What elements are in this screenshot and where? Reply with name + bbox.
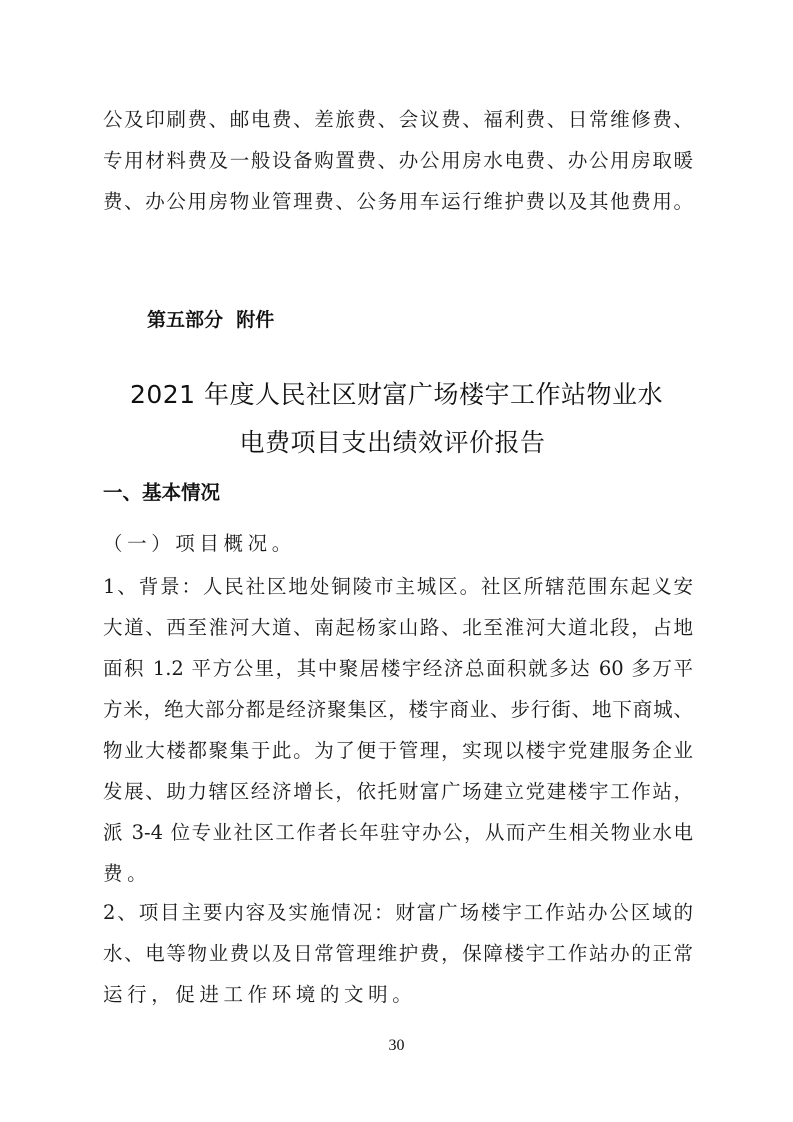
- body-text-line: 派 3-4 位专业社区工作者长年驻守办公，从而产生相关物业水电: [103, 821, 693, 845]
- report-title-line-2: 电费项目支出绩效评价报告: [0, 428, 789, 458]
- body-text-line: 运行，促进工作环境的文明。: [103, 983, 693, 1007]
- section-label: 第五部分 附件: [147, 308, 274, 332]
- page-number: 30: [0, 1036, 793, 1056]
- document-page: 公及印刷费、邮电费、差旅费、会议费、福利费、日常维修费、 专用材料费及一般设备购…: [0, 0, 793, 1122]
- body-text-line: 2、项目主要内容及实施情况：财富广场楼宇工作站办公区域的: [103, 901, 693, 925]
- body-text-line: 费、办公用房物业管理费、公务用车运行维护费以及其他费用。: [103, 190, 693, 214]
- body-text-line: 面积 1.2 平方公里，其中聚居楼宇经济总面积就多达 60 多万平: [103, 657, 693, 681]
- body-text-line: 专用材料费及一般设备购置费、办公用房水电费、办公用房取暖: [103, 149, 693, 173]
- heading-project-overview: （一）项目概况。: [103, 532, 296, 556]
- report-title-line-1: 2021 年度人民社区财富广场楼宇工作站物业水: [0, 380, 793, 410]
- body-text-line: 公及印刷费、邮电费、差旅费、会议费、福利费、日常维修费、: [103, 108, 693, 132]
- body-text-line: 物业大楼都聚集于此。为了便于管理，实现以楼宇党建服务企业: [103, 739, 693, 763]
- body-text-line: 方米，绝大部分都是经济聚集区，楼宇商业、步行街、地下商城、: [103, 698, 693, 722]
- body-text-line: 费。: [103, 862, 693, 886]
- body-text-line: 1、背景：人民社区地处铜陵市主城区。社区所辖范围东起义安: [103, 575, 693, 599]
- body-text-line: 水、电等物业费以及日常管理维护费，保障楼宇工作站办的正常: [103, 942, 693, 966]
- body-text-line: 发展、助力辖区经济增长，依托财富广场建立党建楼宇工作站，: [103, 780, 693, 804]
- body-text-line: 大道、西至淮河大道、南起杨家山路、北至淮河大道北段，占地: [103, 616, 693, 640]
- heading-basic-info: 一、基本情况: [103, 481, 220, 505]
